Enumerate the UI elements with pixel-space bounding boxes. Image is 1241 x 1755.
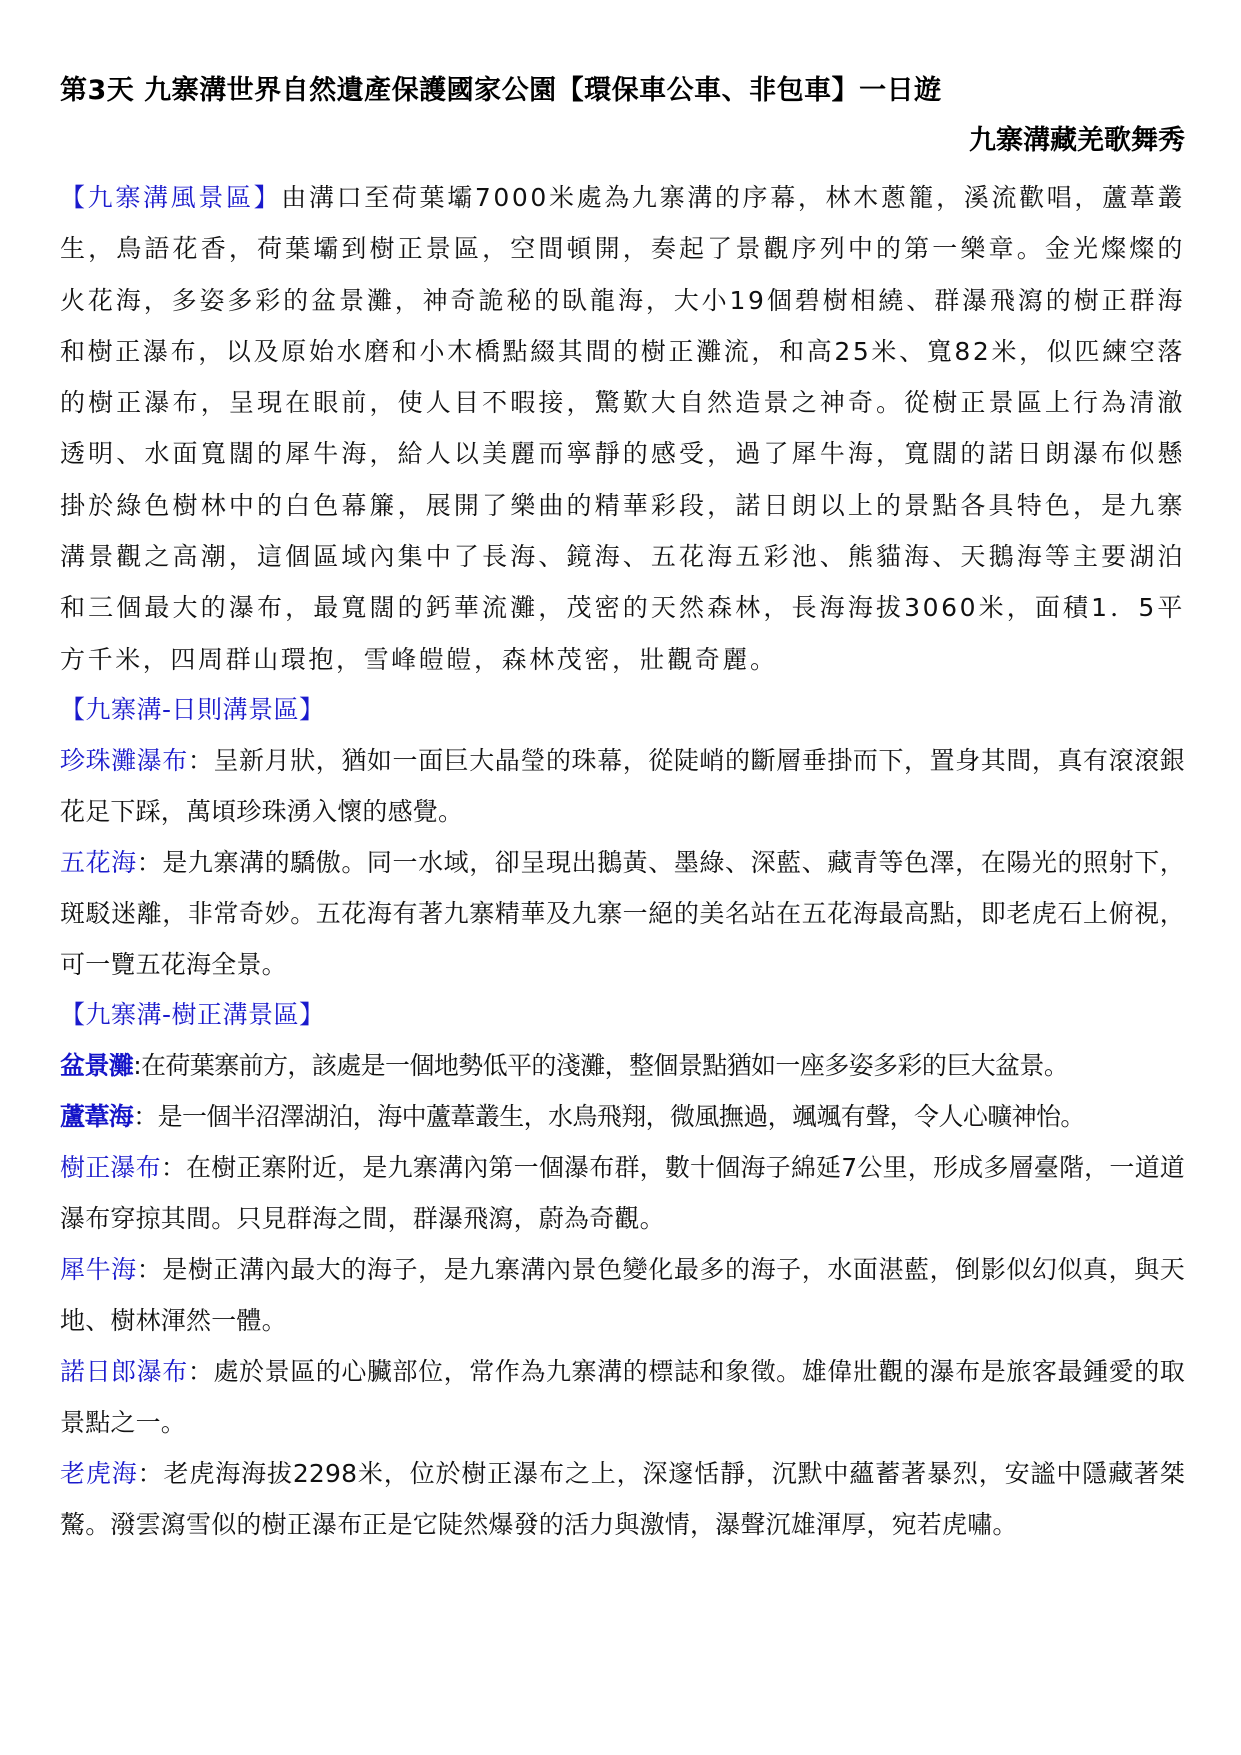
intro-paragraph: 【九寨溝風景區】由溝口至荷葉壩7000米處為九寨溝的序幕，林木蔥籠，溪流歡唱，蘆… <box>60 172 1185 685</box>
section-rize-valley: 【九寨溝-日則溝景區】 珍珠灘瀑布：呈新月狀，猶如一面巨大晶瑩的珠幕，從陡峭的斷… <box>60 685 1185 990</box>
entry-separator: ： <box>188 746 214 775</box>
section-heading: 【九寨溝-樹正溝景區】 <box>60 990 1185 1040</box>
entry-separator: : <box>133 1051 141 1080</box>
section-heading: 【九寨溝-日則溝景區】 <box>60 685 1185 735</box>
entry-reed-lake: 蘆葦海：是一個半沼澤湖泊，海中蘆葦叢生，水鳥飛翔，微風撫過，颯颯有聲，令人心曠神… <box>60 1091 1185 1142</box>
entry-name: 蘆葦海 <box>60 1102 133 1131</box>
entry-separator: ： <box>137 1255 163 1284</box>
entry-separator: ： <box>161 1153 186 1182</box>
entry-separator: ： <box>137 848 163 877</box>
entry-pearl-shoal-waterfall: 珍珠灘瀑布：呈新月狀，猶如一面巨大晶瑩的珠幕，從陡峭的斷層垂掛而下，置身其間，真… <box>60 735 1185 837</box>
entry-name: 老虎海 <box>60 1459 138 1488</box>
entry-separator: ： <box>188 1357 214 1386</box>
entry-text: 在荷葉寨前方，該處是一個地勢低平的淺灘，整個景點猶如一座多姿多彩的巨大盆景。 <box>141 1051 1068 1080</box>
entry-rhino-lake: 犀牛海：是樹正溝內最大的海子，是九寨溝內景色變化最多的海子，水面湛藍，倒影似幻似… <box>60 1244 1185 1346</box>
entry-name: 盆景灘 <box>60 1051 133 1080</box>
section-shuzheng-valley: 【九寨溝-樹正溝景區】 盆景灘:在荷葉寨前方，該處是一個地勢低平的淺灘，整個景點… <box>60 990 1185 1550</box>
entry-text: 在樹正寨附近，是九寨溝內第一個瀑布群，數十個海子綿延7公里，形成多層臺階，一道道… <box>60 1153 1185 1233</box>
entry-name: 諾日郎瀑布 <box>60 1357 188 1386</box>
entry-text: 呈新月狀，猶如一面巨大晶瑩的珠幕，從陡峭的斷層垂掛而下，置身其間，真有滾滾銀花足… <box>60 746 1185 826</box>
entry-name: 五花海 <box>60 848 137 877</box>
entry-text: 處於景區的心臟部位，常作為九寨溝的標誌和象徵。雄偉壯觀的瀑布是旅客最鍾愛的取景點… <box>60 1357 1185 1437</box>
entry-bonsai-shoal: 盆景灘:在荷葉寨前方，該處是一個地勢低平的淺灘，整個景點猶如一座多姿多彩的巨大盆… <box>60 1040 1185 1091</box>
entry-separator: ： <box>138 1459 164 1488</box>
entry-text: 是樹正溝內最大的海子，是九寨溝內景色變化最多的海子，水面湛藍，倒影似幻似真，與天… <box>60 1255 1185 1335</box>
day-title: 第3天 九寨溝世界自然遺產保護國家公園【環保車公車、非包車】一日遊 <box>60 70 1185 112</box>
entry-text: 是九寨溝的驕傲。同一水域，卻呈現出鵝黃、墨綠、深藍、藏青等色澤，在陽光的照射下，… <box>60 848 1185 979</box>
entry-name: 樹正瀑布 <box>60 1153 161 1182</box>
entry-name: 珍珠灘瀑布 <box>60 746 188 775</box>
entry-shuzheng-waterfall: 樹正瀑布：在樹正寨附近，是九寨溝內第一個瀑布群，數十個海子綿延7公里，形成多層臺… <box>60 1142 1185 1244</box>
itinerary-page: 第3天 九寨溝世界自然遺產保護國家公園【環保車公車、非包車】一日遊 九寨溝藏羌歌… <box>60 70 1185 1550</box>
intro-label: 【九寨溝風景區】 <box>60 183 281 212</box>
entry-text: 是一個半沼澤湖泊，海中蘆葦叢生，水鳥飛翔，微風撫過，颯颯有聲，令人心曠神怡。 <box>158 1102 1085 1131</box>
entry-nuorilang-waterfall: 諾日郎瀑布：處於景區的心臟部位，常作為九寨溝的標誌和象徵。雄偉壯觀的瀑布是旅客最… <box>60 1346 1185 1448</box>
entry-tiger-lake: 老虎海：老虎海海拔2298米，位於樹正瀑布之上，深邃恬靜，沉默中蘊蓄著暴烈，安謐… <box>60 1448 1185 1550</box>
intro-text: 由溝口至荷葉壩7000米處為九寨溝的序幕，林木蔥籠，溪流歡唱，蘆葦叢生，鳥語花香… <box>60 183 1185 674</box>
day-subtitle: 九寨溝藏羌歌舞秀 <box>60 120 1185 162</box>
entry-separator: ： <box>133 1102 157 1131</box>
entry-five-flower-lake: 五花海：是九寨溝的驕傲。同一水域，卻呈現出鵝黃、墨綠、深藍、藏青等色澤，在陽光的… <box>60 837 1185 990</box>
entry-text: 老虎海海拔2298米，位於樹正瀑布之上，深邃恬靜，沉默中蘊蓄著暴烈，安謐中隱藏著… <box>60 1459 1185 1539</box>
entry-name: 犀牛海 <box>60 1255 137 1284</box>
